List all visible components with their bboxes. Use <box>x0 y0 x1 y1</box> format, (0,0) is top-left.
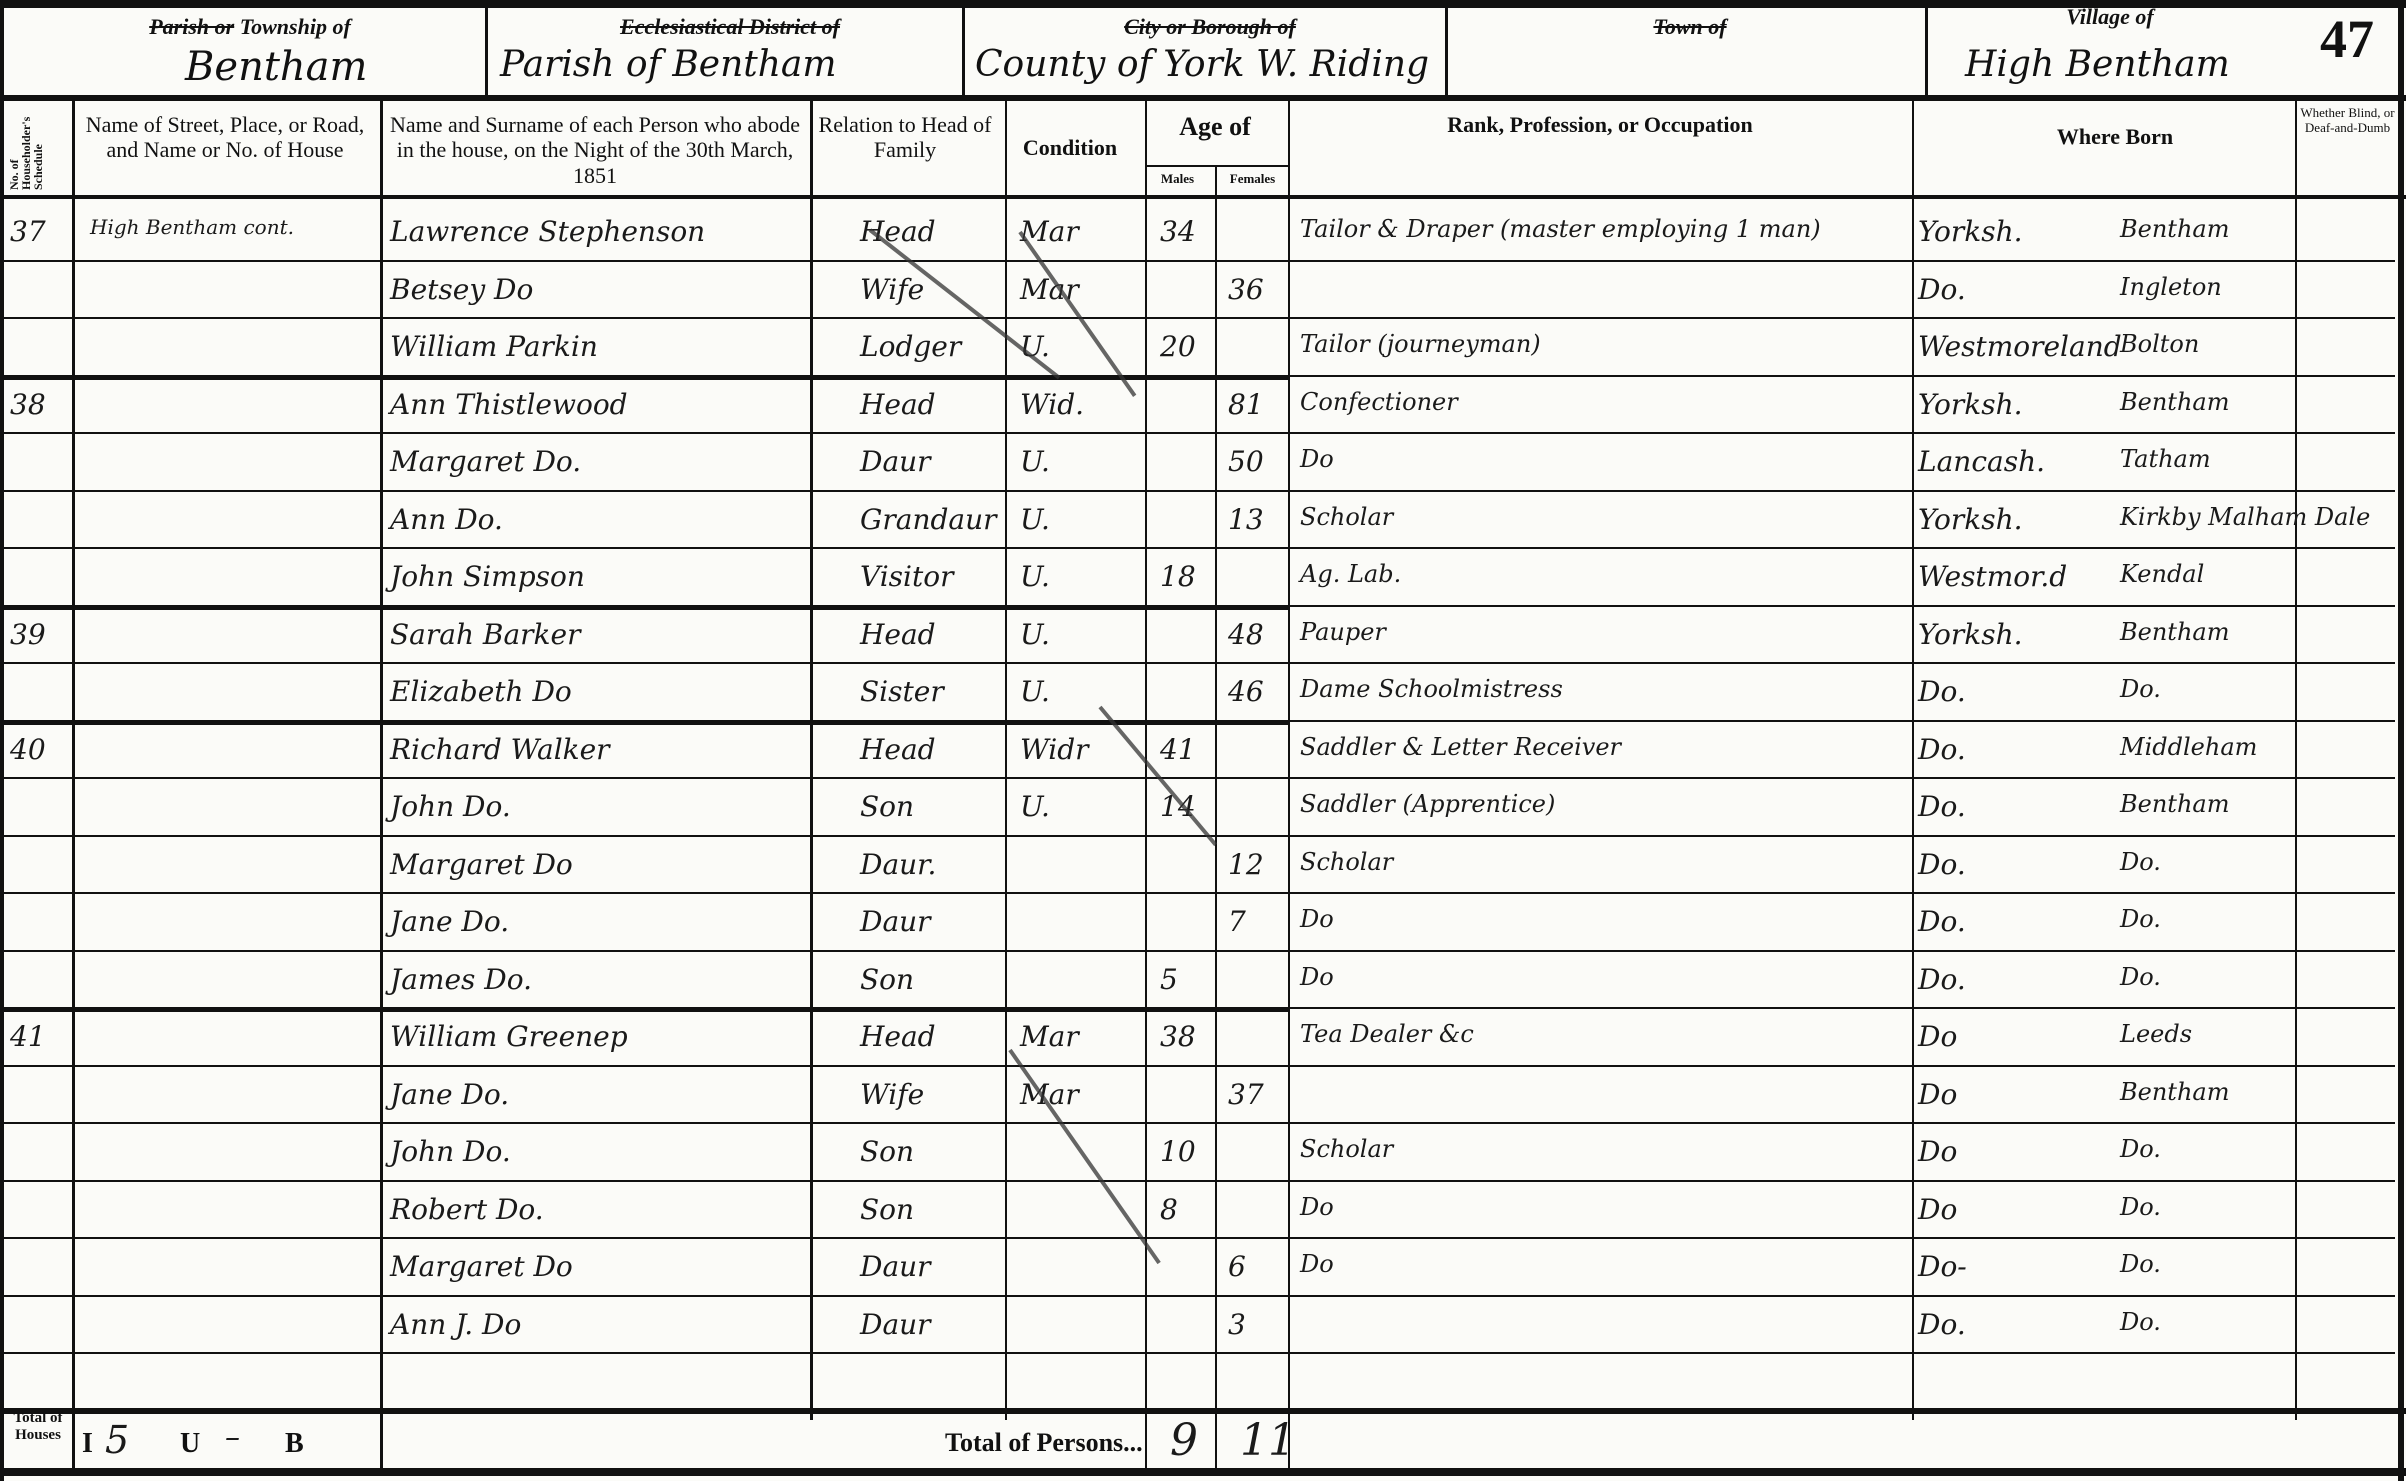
born-place: Tatham <box>2120 445 2211 473</box>
male-age: 8 <box>1160 1193 1178 1226</box>
village-value: High Bentham <box>1965 44 2230 85</box>
col-blind-header: Whether Blind, or Deaf-and-Dumb <box>2300 106 2395 136</box>
inhabited-label: I <box>82 1428 93 1460</box>
born-place: Do. <box>2120 963 2161 991</box>
household-separator <box>0 720 1290 725</box>
relation: Visitor <box>860 560 954 593</box>
born-place: Bentham <box>2120 215 2229 243</box>
table-row: 41William GreenepHeadMar38Tea Dealer &cD… <box>0 1010 2406 1068</box>
parish-label: Parish or Township of <box>20 14 480 40</box>
female-age: 48 <box>1228 618 1264 651</box>
female-age: 50 <box>1228 445 1264 478</box>
occupation: Scholar <box>1300 503 1393 531</box>
male-age: 5 <box>1160 963 1178 996</box>
condition: U. <box>1020 503 1050 536</box>
female-age: 46 <box>1228 675 1264 708</box>
born-place: Do. <box>2120 848 2161 876</box>
condition: Wid. <box>1020 388 1084 421</box>
footer-divider <box>0 1408 2406 1414</box>
row-rule <box>0 1122 2395 1124</box>
born-place: Do. <box>2120 1308 2161 1336</box>
condition: U. <box>1020 618 1050 651</box>
table-row: John Do.Son10ScholarDoDo. <box>0 1125 2406 1183</box>
person-name: Robert Do. <box>390 1193 544 1226</box>
relation: Son <box>860 1135 914 1168</box>
born-place: Kirkby Malham Dale <box>2120 503 2370 531</box>
col-street-header: Name of Street, Place, or Road, and Name… <box>75 112 375 163</box>
row-rule <box>0 1237 2395 1239</box>
relation: Head <box>860 618 936 651</box>
condition: U. <box>1020 560 1050 593</box>
female-age: 36 <box>1228 273 1264 306</box>
born-place: Bentham <box>2120 790 2229 818</box>
relation: Daur <box>860 1308 931 1341</box>
born-county: Do. <box>1918 733 1966 766</box>
born-county: Do <box>1918 1078 1957 1111</box>
born-place: Middleham <box>2120 733 2257 761</box>
inhabited-value: 5 <box>105 1418 129 1462</box>
born-place: Leeds <box>2120 1020 2192 1048</box>
born-county: Yorksh. <box>1918 388 2023 421</box>
relation: Lodger <box>860 330 961 363</box>
person-name: John Simpson <box>390 560 585 593</box>
person-name: Jane Do. <box>390 1078 509 1111</box>
born-place: Do. <box>2120 675 2161 703</box>
born-county: Lancash. <box>1918 445 2045 478</box>
born-place: Do. <box>2120 1250 2161 1278</box>
city-label: City or Borough of <box>980 14 1440 40</box>
occupation: Scholar <box>1300 1135 1393 1163</box>
relation: Head <box>860 733 936 766</box>
relation: Head <box>860 388 936 421</box>
person-name: Margaret Do. <box>390 445 581 478</box>
uninhabited-label: U <box>180 1428 200 1460</box>
person-name: Margaret Do <box>390 848 573 881</box>
col-males-header: Males <box>1145 172 1210 187</box>
household-separator <box>0 375 1290 380</box>
person-name: Sarah Barker <box>390 618 580 651</box>
born-place: Bentham <box>2120 1078 2229 1106</box>
schedule-number: 37 <box>10 215 46 248</box>
row-rule <box>0 892 2395 894</box>
relation: Son <box>860 963 914 996</box>
row-rule <box>0 1295 2395 1297</box>
relation: Wife <box>860 273 924 306</box>
table-row: Betsey DoWifeMar36Do.Ingleton <box>0 263 2406 321</box>
born-county: Westmoreland <box>1918 330 2122 363</box>
table-row: Margaret DoDaur6DoDo-Do. <box>0 1240 2406 1298</box>
born-county: Do. <box>1918 848 1966 881</box>
born-county: Do. <box>1918 273 1966 306</box>
row-rule <box>0 317 2395 319</box>
born-place: Bentham <box>2120 388 2229 416</box>
female-age: 12 <box>1228 848 1264 881</box>
occupation: Do <box>1300 445 1334 473</box>
header-sep <box>1925 8 1928 98</box>
born-county: Do <box>1918 1020 1957 1053</box>
building-label: B <box>285 1428 304 1460</box>
occupation: Do <box>1300 1193 1334 1221</box>
person-name: Ann Do. <box>390 503 503 536</box>
condition: U. <box>1020 790 1050 823</box>
col-schedule-header: No. of Householder's Schedule <box>8 110 44 190</box>
row-rule <box>0 432 2395 434</box>
census-page: Parish or Township of Bentham Ecclesiast… <box>0 0 2406 1481</box>
row-rule <box>0 260 2395 262</box>
table-row: 37High Bentham cont.Lawrence StephensonH… <box>0 205 2406 263</box>
header-divider <box>0 95 2406 101</box>
relation: Daur <box>860 905 931 938</box>
male-age: 20 <box>1160 330 1196 363</box>
table-row: Margaret Do.DaurU.50DoLancash.Tatham <box>0 435 2406 493</box>
female-age: 81 <box>1228 388 1264 421</box>
occupation: Do <box>1300 963 1334 991</box>
town-label: Town of <box>1460 14 1920 40</box>
born-county: Westmor.d <box>1918 560 2067 593</box>
schedule-number: 40 <box>10 733 46 766</box>
person-name: Margaret Do <box>390 1250 573 1283</box>
born-place: Kendal <box>2120 560 2204 588</box>
page-number: 47 <box>2320 8 2374 70</box>
street-name: High Bentham cont. <box>90 215 294 239</box>
person-name: John Do. <box>390 1135 511 1168</box>
condition: U. <box>1020 675 1050 708</box>
table-row: John SimpsonVisitorU.18Ag. Lab.Westmor.d… <box>0 550 2406 608</box>
person-name: Ann J. Do <box>390 1308 521 1341</box>
age-subdivider <box>1145 165 1290 167</box>
person-name: James Do. <box>390 963 532 996</box>
occupation: Do <box>1300 905 1334 933</box>
female-age: 37 <box>1228 1078 1264 1111</box>
table-row: Jane Do.WifeMar37DoBentham <box>0 1068 2406 1126</box>
occupation: Scholar <box>1300 848 1393 876</box>
male-age: 41 <box>1160 733 1196 766</box>
uninhabited-value: – <box>225 1420 240 1455</box>
total-males: 9 <box>1170 1415 1198 1466</box>
person-name: Betsey Do <box>390 273 533 306</box>
col-age-header: Age of <box>1145 112 1285 142</box>
col-where-born-header: Where Born <box>1915 124 2315 149</box>
born-county: Do. <box>1918 905 1966 938</box>
born-county: Do. <box>1918 1308 1966 1341</box>
born-place: Do. <box>2120 1135 2161 1163</box>
table-row: James Do.Son5DoDo.Do. <box>0 953 2406 1011</box>
col-relation-header: Relation to Head of Family <box>815 112 995 163</box>
schedule-number: 41 <box>10 1020 46 1053</box>
col-condition-header: Condition <box>1005 135 1135 160</box>
col-occupation-header: Rank, Profession, or Occupation <box>1400 112 1800 137</box>
occupation: Do <box>1300 1250 1334 1278</box>
born-county: Yorksh. <box>1918 618 2023 651</box>
occupation: Dame Schoolmistress <box>1300 675 1563 703</box>
table-row: 40Richard WalkerHeadWidr41Saddler & Lett… <box>0 723 2406 781</box>
condition: Widr <box>1020 733 1089 766</box>
table-row: 39Sarah BarkerHeadU.48PauperYorksh.Benth… <box>0 608 2406 666</box>
row-rule <box>0 1065 2395 1067</box>
row-rule <box>0 547 2395 549</box>
row-rule <box>0 1352 2395 1354</box>
relation: Grandaur <box>860 503 997 536</box>
person-name: Jane Do. <box>390 905 509 938</box>
person-name: William Greenep <box>390 1020 628 1053</box>
condition: Mar <box>1020 1020 1079 1053</box>
female-age: 3 <box>1228 1308 1246 1341</box>
table-row: Ann J. DoDaur3Do.Do. <box>0 1298 2406 1356</box>
male-age: 10 <box>1160 1135 1196 1168</box>
total-females: 11 <box>1240 1415 1296 1466</box>
person-name: John Do. <box>390 790 511 823</box>
occupation: Ag. Lab. <box>1300 560 1401 588</box>
parish-value: Bentham <box>185 44 367 90</box>
born-place: Ingleton <box>2120 273 2222 301</box>
total-persons-label: Total of Persons... <box>945 1428 1143 1458</box>
table-row: 38Ann ThistlewoodHeadWid.81ConfectionerY… <box>0 378 2406 436</box>
female-age: 7 <box>1228 905 1246 938</box>
born-place: Bolton <box>2120 330 2199 358</box>
header-sep <box>485 8 488 98</box>
household-separator <box>0 605 1290 610</box>
occupation: Tailor (journeyman) <box>1300 330 1541 358</box>
male-age: 18 <box>1160 560 1196 593</box>
col-females-header: Females <box>1215 172 1290 187</box>
village-label: Village of <box>1930 4 2290 30</box>
ecclesiastical-value: Parish of Bentham <box>500 44 837 85</box>
born-place: Do. <box>2120 905 2161 933</box>
born-county: Do- <box>1918 1250 1967 1283</box>
person-name: Lawrence Stephenson <box>390 215 705 248</box>
occupation: Saddler (Apprentice) <box>1300 790 1555 818</box>
occupation: Tailor & Draper (master employing 1 man) <box>1300 215 1821 243</box>
row-rule <box>0 835 2395 837</box>
table-row: Elizabeth DoSisterU.46Dame Schoolmistres… <box>0 665 2406 723</box>
row-rule <box>0 1180 2395 1182</box>
born-county: Yorksh. <box>1918 503 2023 536</box>
row-rule <box>0 662 2395 664</box>
table-row: Jane Do.Daur7DoDo.Do. <box>0 895 2406 953</box>
column-header-divider <box>0 195 2406 199</box>
total-houses-label: Total of Houses <box>4 1410 72 1443</box>
male-age: 38 <box>1160 1020 1196 1053</box>
born-county: Yorksh. <box>1918 215 2023 248</box>
row-rule <box>0 950 2395 952</box>
ecclesiastical-label: Ecclesiastical District of <box>500 14 960 40</box>
born-place: Bentham <box>2120 618 2229 646</box>
relation: Daur <box>860 445 931 478</box>
born-county: Do <box>1918 1135 1957 1168</box>
city-value: County of York W. Riding <box>975 44 1429 85</box>
person-name: William Parkin <box>390 330 598 363</box>
col-name-header: Name and Surname of each Person who abod… <box>385 112 805 188</box>
occupation: Saddler & Letter Receiver <box>1300 733 1621 761</box>
occupation: Confectioner <box>1300 388 1458 416</box>
born-county: Do. <box>1918 675 1966 708</box>
born-county: Do. <box>1918 963 1966 996</box>
relation: Sister <box>860 675 944 708</box>
person-name: Richard Walker <box>390 733 610 766</box>
person-name: Elizabeth Do <box>390 675 572 708</box>
row-rule <box>0 777 2395 779</box>
born-county: Do. <box>1918 790 1966 823</box>
header-sep <box>962 8 965 98</box>
table-row: William ParkinLodgerU.20Tailor (journeym… <box>0 320 2406 378</box>
female-age: 6 <box>1228 1250 1246 1283</box>
male-age: 34 <box>1160 215 1196 248</box>
female-age: 13 <box>1228 503 1264 536</box>
occupation: Tea Dealer &c <box>1300 1020 1474 1048</box>
table-row: Ann Do.GrandaurU.13ScholarYorksh.Kirkby … <box>0 493 2406 551</box>
schedule-number: 39 <box>10 618 46 651</box>
occupation: Pauper <box>1300 618 1386 646</box>
condition: U. <box>1020 445 1050 478</box>
header-sep <box>1445 8 1448 98</box>
bottom-border <box>0 1468 2406 1476</box>
relation: Son <box>860 1193 914 1226</box>
schedule-number: 38 <box>10 388 46 421</box>
relation: Head <box>860 1020 936 1053</box>
born-place: Do. <box>2120 1193 2161 1221</box>
household-separator <box>0 1007 1290 1012</box>
table-row: Robert Do.Son8DoDoDo. <box>0 1183 2406 1241</box>
relation: Daur <box>860 1250 931 1283</box>
born-county: Do <box>1918 1193 1957 1226</box>
relation: Wife <box>860 1078 924 1111</box>
row-rule <box>0 490 2395 492</box>
table-row: Margaret DoDaur.12ScholarDo.Do. <box>0 838 2406 896</box>
relation: Son <box>860 790 914 823</box>
person-name: Ann Thistlewood <box>390 388 628 421</box>
relation: Daur. <box>860 848 936 881</box>
